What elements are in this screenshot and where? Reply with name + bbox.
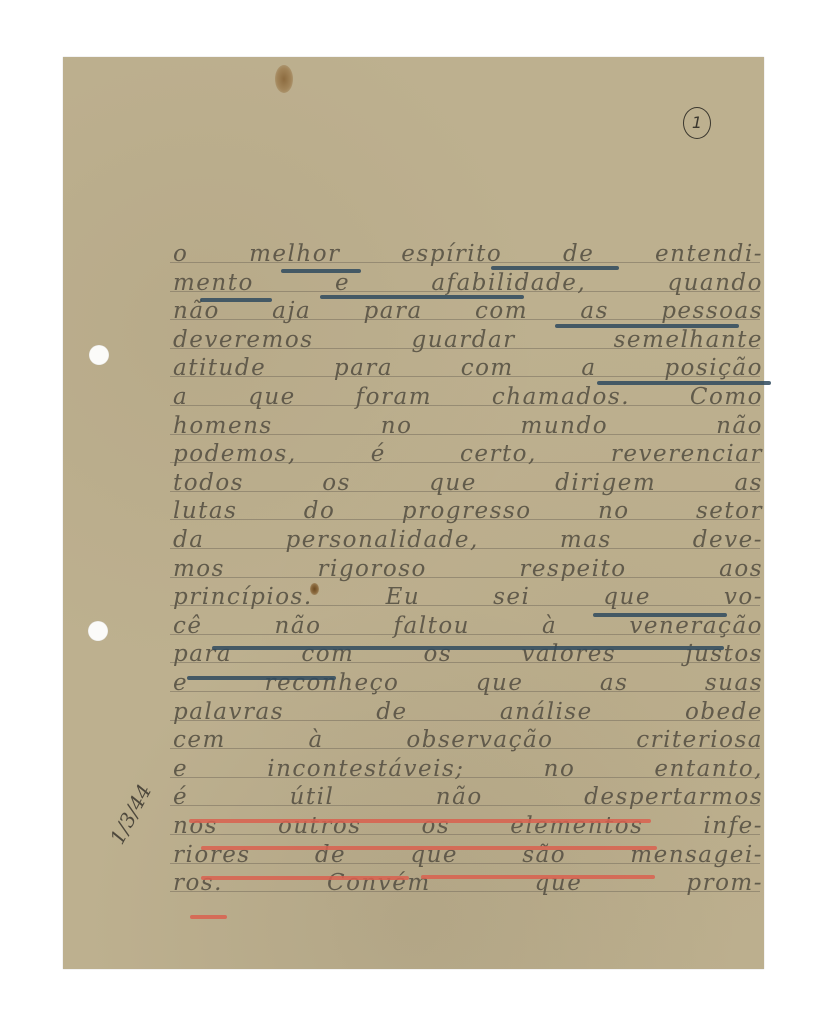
page-number: 1: [683, 107, 711, 139]
stain-mark: [275, 65, 293, 93]
text-line: todos os que dirigem as: [173, 469, 763, 497]
text-line: deveremos guardar semelhante: [173, 326, 763, 354]
text-line: atitude para com a posição: [173, 354, 763, 382]
blue-underline: [593, 613, 727, 617]
margin-date: 1/3/44: [105, 780, 156, 848]
text-line: cem à observação criteriosa: [173, 726, 763, 754]
red-underline: [189, 819, 651, 823]
text-line: ros. Convém que prom-: [173, 869, 763, 897]
red-underline: [201, 876, 409, 880]
blue-underline: [597, 381, 771, 385]
text-line: a que foram chamados. Como: [173, 383, 763, 411]
blue-underline: [491, 266, 619, 270]
text-line: palavras de análise obede: [173, 698, 763, 726]
text-line: princípios. Eu sei que vo-: [173, 583, 763, 611]
document-page: 1 o melhor espírito de entendi-mento e a…: [63, 57, 764, 969]
text-line: podemos, é certo, reverenciar: [173, 440, 763, 468]
text-line: mos rigoroso respeito aos: [173, 555, 763, 583]
text-line: e incontestáveis; no entanto,: [173, 755, 763, 783]
text-line: mento e afabilidade, quando: [173, 269, 763, 297]
red-underline: [190, 915, 227, 919]
text-line: riores de que são mensagei-: [173, 841, 763, 869]
blue-underline: [555, 324, 739, 328]
text-line: para com os valores justos: [173, 640, 763, 668]
text-line: lutas do progresso no setor: [173, 497, 763, 525]
punch-hole: [88, 621, 108, 641]
red-underline: [201, 846, 657, 850]
red-underline: [421, 875, 655, 879]
blue-underline: [200, 298, 272, 302]
blue-underline: [187, 676, 336, 680]
text-line: o melhor espírito de entendi-: [173, 240, 763, 268]
blue-underline: [320, 295, 524, 299]
text-line: é útil não despertarmos: [173, 783, 763, 811]
text-line: nos outros os elementos infe-: [173, 812, 763, 840]
text-line: homens no mundo não: [173, 412, 763, 440]
punch-hole: [89, 345, 109, 365]
blue-underline: [212, 646, 724, 650]
text-line: da personalidade, mas deve-: [173, 526, 763, 554]
blue-underline: [281, 269, 361, 273]
text-line: e reconheço que as suas: [173, 669, 763, 697]
